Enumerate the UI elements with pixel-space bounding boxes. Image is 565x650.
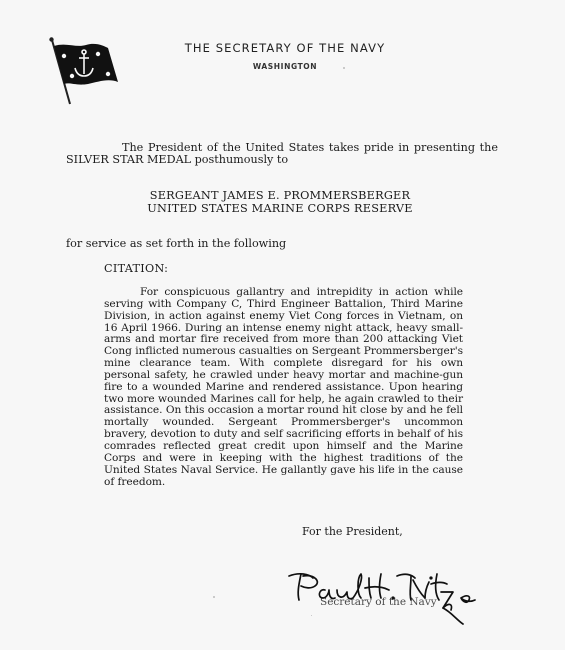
citation-text: For conspicuous gallantry and intrepidit…: [104, 287, 463, 488]
scan-speck: [343, 67, 345, 69]
intro-text: The President of the United States takes…: [66, 141, 498, 166]
citation-body: For conspicuous gallantry and intrepidit…: [104, 287, 463, 488]
intro-paragraph: The President of the United States takes…: [66, 142, 498, 165]
recipient-unit: UNITED STATES MARINE CORPS RESERVE: [120, 203, 440, 216]
letterhead-subtitle: WASHINGTON: [160, 62, 410, 71]
recipient-name: SERGEANT JAMES E. PROMMERSBERGER: [120, 190, 440, 203]
handwritten-signature: [285, 568, 485, 630]
letterhead-title: THE SECRETARY OF THE NAVY: [160, 41, 410, 55]
scan-speck: [311, 615, 312, 616]
navy-flag-anchor-icon: [46, 36, 122, 108]
citation-label: CITATION:: [104, 263, 168, 275]
recipient-block: SERGEANT JAMES E. PROMMERSBERGER UNITED …: [120, 190, 440, 215]
closing-line: For the President,: [302, 526, 403, 538]
scan-speck: [213, 596, 215, 598]
service-line: for service as set forth in the followin…: [66, 238, 366, 250]
